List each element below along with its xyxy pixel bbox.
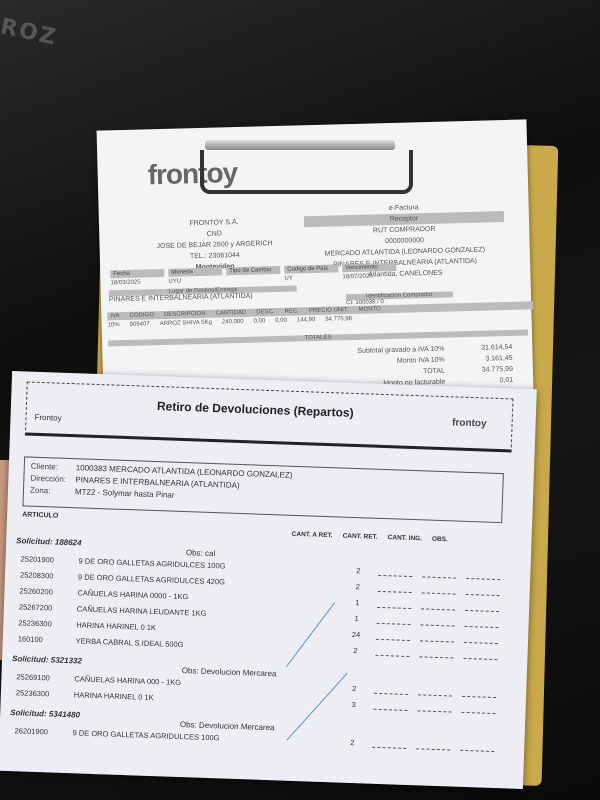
item-quantity: 24	[346, 630, 366, 640]
blank-field	[460, 742, 494, 752]
blank-field	[421, 600, 455, 610]
blank-field	[466, 586, 500, 596]
request-obs: Obs: cal	[186, 548, 216, 558]
blank-field	[465, 602, 499, 612]
column-header: CANT. A RET.	[291, 531, 332, 539]
blank-field	[377, 615, 411, 625]
blank-field	[378, 583, 412, 593]
returns-sheet: Retiro de Devoluciones (Repartos) Fronto…	[0, 371, 537, 789]
table-cell: 909407	[130, 321, 150, 328]
table-cell: 144,90	[297, 317, 316, 323]
item-quantity: 1	[347, 614, 367, 624]
item-description: HARINA HARINEL 0 1K	[76, 620, 336, 638]
request-id: Solicitud: 188624	[16, 536, 82, 547]
total-label: TOTAL	[423, 366, 445, 378]
blank-field	[416, 740, 450, 750]
blank-field	[462, 688, 496, 698]
header-field: Vencimiento	[342, 263, 396, 272]
table-header-cell: DESCRIPCION	[164, 311, 206, 318]
table-cell: 0,00	[275, 318, 287, 324]
item-description: CAÑUELAS HARINA 000 - 1KG	[74, 674, 334, 692]
item-code: 160100	[18, 634, 66, 645]
returns-columns: CANT. A RET.CANT. RET.CANT. ING.OBS.	[291, 531, 447, 543]
item-description: 9 DE ORO GALLETAS AGRIDULCES 420G	[78, 572, 338, 590]
header-field: Codigo de Pais	[284, 264, 338, 273]
table-header-cell: CODIGO	[130, 312, 154, 319]
blank-field	[377, 599, 411, 609]
header-value: UYU	[168, 277, 226, 285]
blank-field	[418, 686, 452, 696]
item-code: 25267200	[19, 602, 67, 613]
item-description: CAÑUELAS HARINA LEUDANTE 1KG	[77, 604, 337, 622]
blank-field	[464, 634, 498, 644]
item-quantity: 2	[348, 582, 368, 592]
table-header-cell: DESC.	[256, 309, 274, 315]
blank-field	[376, 631, 410, 641]
item-description: CAÑUELAS HARINA 0000 - 1KG	[77, 588, 337, 606]
blank-field	[422, 584, 456, 594]
blank-field	[378, 567, 412, 577]
table-cell: 10%	[108, 322, 120, 328]
item-quantity: 3	[344, 700, 364, 710]
request-obs: Obs: Devolucion Mercarea	[182, 666, 277, 678]
blank-field	[464, 618, 498, 628]
blank-field	[420, 632, 454, 642]
blank-field	[422, 568, 456, 578]
table-cell: 240,000	[222, 319, 244, 326]
item-code: 25208300	[20, 570, 68, 581]
invoice-totals: Subtotal gravado a IVA 10%31.614,54Monto…	[357, 342, 513, 390]
item-code: 25236300	[18, 618, 66, 629]
blank-field	[419, 648, 453, 658]
column-header: CANT. RET.	[343, 533, 378, 541]
item-quantity: 2	[342, 738, 362, 748]
returns-company: Frontoy	[34, 413, 61, 423]
item-code: 25260200	[19, 586, 67, 597]
column-header: CANT. ING.	[388, 534, 423, 542]
request-id: Solicitud: 5321332	[12, 654, 82, 665]
column-header: OBS.	[432, 536, 448, 544]
item-code: 26201900	[14, 726, 62, 737]
total-value: 0,01	[463, 375, 513, 387]
item-code: 25269100	[16, 672, 64, 683]
header-value: 18/03/2025	[110, 279, 168, 287]
item-quantity: 1	[347, 598, 367, 608]
client-zone: MT22 - Solymar hasta Pinar	[75, 487, 175, 499]
blank-field	[418, 702, 452, 712]
clipboard-wire	[200, 150, 413, 194]
table-header-cell: REC.	[285, 308, 299, 314]
returns-logo: frontoy	[452, 417, 487, 429]
table-header-cell: PRECIO UNIT.	[309, 307, 349, 314]
table-cell: 34.775,98	[325, 316, 352, 323]
blank-field	[463, 650, 497, 660]
blank-field	[466, 570, 500, 580]
header-value	[227, 280, 285, 282]
header-field: Fecha	[110, 269, 164, 278]
table-header-cell: CANTIDAD	[216, 310, 247, 317]
blank-field	[374, 701, 408, 711]
item-code: 25201900	[20, 554, 68, 565]
table-cell: ARROZ SHIVA 5Kg	[160, 320, 212, 327]
blank-field	[461, 704, 495, 714]
item-quantity: 2	[344, 684, 364, 694]
blank-field	[375, 647, 409, 657]
returns-title: Retiro de Devoluciones (Repartos)	[157, 399, 354, 420]
item-description: 9 DE ORO GALLETAS AGRIDULCES 100G	[78, 556, 338, 574]
request-obs: Obs: Devolucion Mercarea	[180, 720, 275, 732]
item-quantity: 2	[348, 566, 368, 576]
client-box: Cliente:1000383 MERCADO ATLANTIDA (LEONA…	[22, 456, 503, 523]
blank-field	[374, 685, 408, 695]
table-cell: 0,00	[254, 318, 266, 324]
item-quantity: 2	[345, 646, 365, 656]
header-field: Moneda	[168, 267, 222, 276]
invoice-place: Lugar de Destino/Entrega PINARES E INTER…	[109, 285, 298, 303]
table-header-cell: MONTO	[359, 306, 381, 313]
clipboard-clip	[205, 140, 395, 150]
item-description: HARINA HARINEL 0 1K	[74, 690, 334, 708]
table-header-cell: IVA	[110, 313, 119, 319]
blank-field	[421, 616, 455, 626]
header-field: Tipo de Cambio	[226, 266, 280, 275]
article-label: ARTICULO	[22, 511, 58, 519]
item-code: 25236300	[16, 688, 64, 699]
blank-field	[372, 739, 406, 749]
request-id: Solicitud: 5341480	[10, 708, 80, 719]
returns-header: Retiro de Devoluciones (Repartos) Fronto…	[25, 381, 514, 452]
